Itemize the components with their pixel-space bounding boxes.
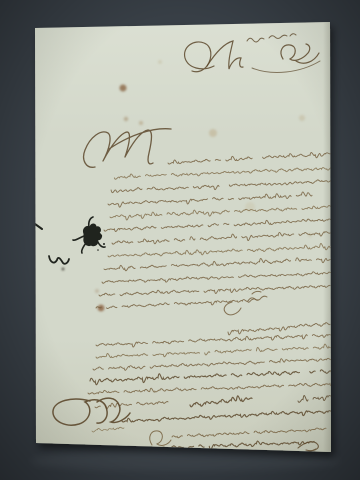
foxing-stain [158,60,162,64]
blot-dot [100,235,102,237]
photo-stage: Photograph of an old handwritten letter … [0,0,360,480]
paper-edge-shading [25,10,345,465]
paper-surface [25,10,345,465]
foxing-stain [62,268,65,271]
foxing-stain [139,121,143,125]
blot-dot [103,243,105,245]
foxing-stain [124,117,128,121]
foxing-stain [299,115,305,121]
foxing-stain [95,289,99,293]
cloth-highlight [30,451,340,471]
foxing-stain [209,129,217,137]
blot-dot [97,249,99,251]
manuscript-photo [0,0,360,480]
foxing-stain [120,85,127,92]
